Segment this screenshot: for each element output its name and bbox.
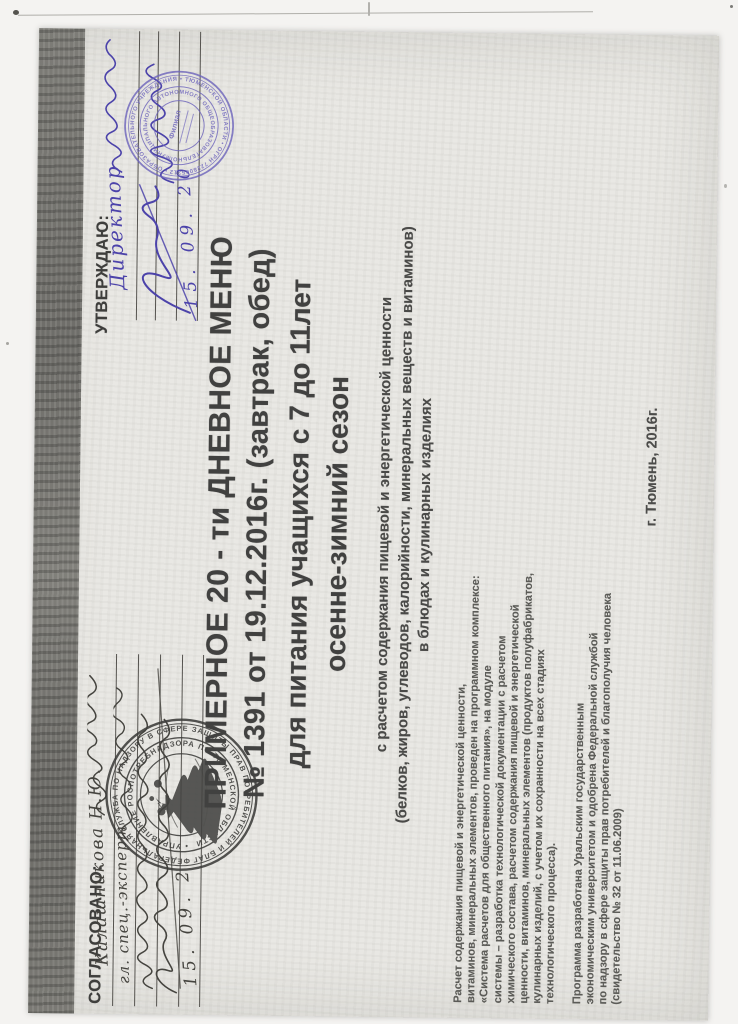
audience-line: для питания учащихся с 7 до 11лет (276, 31, 321, 1016)
scan-edge-line (18, 11, 593, 16)
scan-shadow-band (28, 28, 85, 1013)
season-line: осенне-зимний сезон (315, 31, 360, 1016)
subtitle-block: с расчетом содержания пищевой и энергети… (369, 32, 442, 1018)
handwritten-position: Директор (100, 164, 129, 290)
svg-text:Филиал: Филиал (167, 109, 183, 140)
scan-speck (13, 10, 19, 15)
city-year-line: г. Тюмень, 2016г. (643, 382, 661, 552)
scan-speck (6, 342, 9, 345)
document-number-date: № 1391 от 19.12.2016г. (завтрак, обед) (235, 30, 281, 1015)
scan-speck (724, 184, 727, 188)
scanned-document-page: { "document": { "kind": "Примерное дневн… (0, 0, 738, 1024)
fine-print-block: Расчет содержания пищевой и энергетическ… (452, 541, 629, 1005)
scan-crease (368, 2, 370, 16)
paper-sheet: СОГЛАСОВАНО: Калашникова Н.Ю. гл. спец.-… (28, 28, 719, 1021)
scan-speck (730, 5, 733, 8)
title-block: ПРИМЕРНОЕ 20 - ти ДНЕВНОЕ МЕНЮ № 1391 от… (196, 30, 442, 1018)
